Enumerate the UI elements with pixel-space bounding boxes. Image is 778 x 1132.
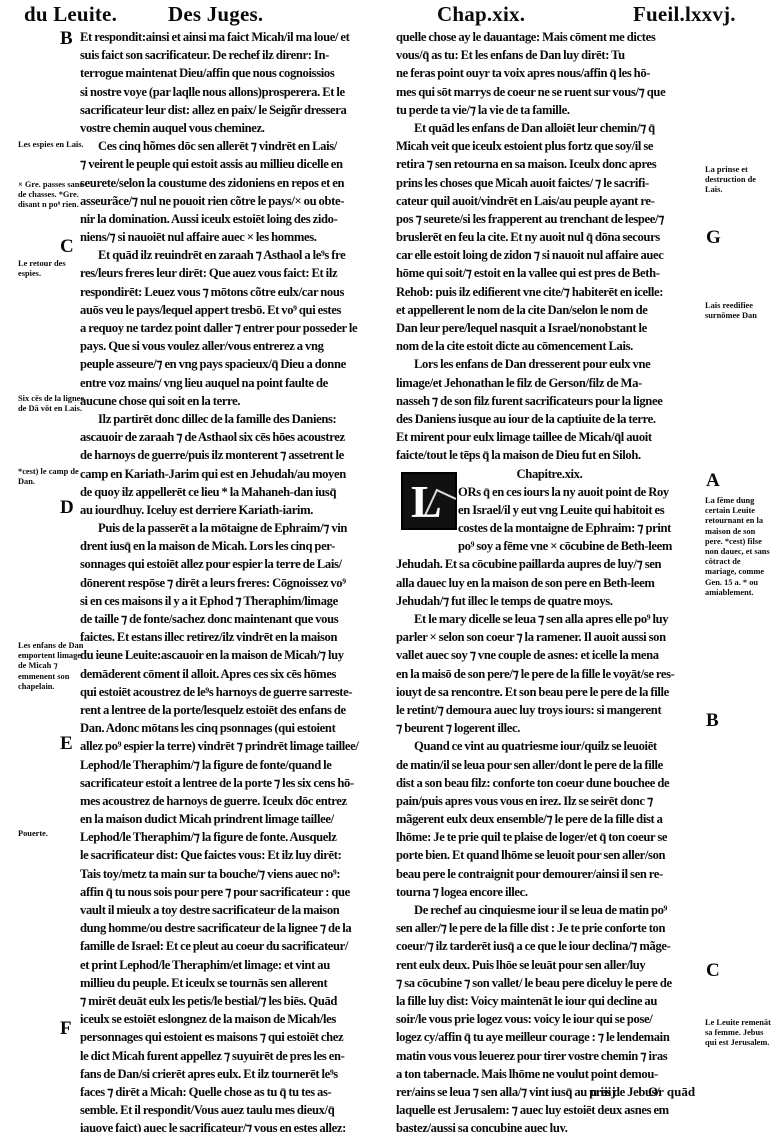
- text-line: le sacrificateur dist: Que faictes vous:…: [80, 846, 392, 864]
- text-line: en la maisō de son pere/⁊ le pere de la …: [396, 665, 703, 683]
- text-line: nom de la cite estoit dicte au cōmenceme…: [396, 337, 703, 355]
- margin-note: Le retour des espies.: [18, 259, 86, 279]
- text-line: limage/et Jehonathan le filz de Gerson/f…: [396, 374, 703, 392]
- text-line: alla dauec luy en la maison de son pere …: [396, 574, 703, 592]
- right-text-column: quelle chose ay le dauantage: Mais cōmen…: [396, 28, 703, 1132]
- text-line: soir/le vous prie logez vous: voicy le i…: [396, 1010, 703, 1028]
- text-line: Et quād les enfans de Dan alloiēt leur c…: [396, 119, 703, 137]
- text-line: qui estoiēt acoustrez de le⁹s harnoys de…: [80, 683, 392, 701]
- text-line: en la maison dudict Micah prindrent lima…: [80, 810, 392, 828]
- text-line: Jehudah. Et sa cōcubine paillarda aupres…: [396, 555, 703, 573]
- text-line: dōnerent respōse ⁊ dirēt a leurs freres:…: [80, 574, 392, 592]
- text-line: drent iusq̄ en la maison de Micah. Lors …: [80, 537, 392, 555]
- text-line: bastez/aussi sa concubine auec luy.: [396, 1119, 703, 1132]
- text-line: entre voz mains/ vng lieu auquel na poin…: [80, 374, 392, 392]
- text-line: le dict Micah furent appellez ⁊ suyuirēt…: [80, 1047, 392, 1065]
- text-line: bruslerēt en feu la cite. Et ny auoit nu…: [396, 228, 703, 246]
- text-line: Et mirent pour eulx limage taillee de Mi…: [396, 428, 703, 446]
- margin-note: La prinse et destruction de Lais.: [705, 165, 773, 196]
- text-line: sacrificateur estoit a lentree de la por…: [80, 774, 392, 792]
- margin-note: Pouerte.: [18, 829, 86, 839]
- text-line: millieu du peuple. Et iceulx se tournās …: [80, 974, 392, 992]
- text-line: rent eulx deux. Puis lhōe se leuāt pour …: [396, 956, 703, 974]
- text-line: mes acoustrez de harnoys de guerre. Iceu…: [80, 792, 392, 810]
- text-line: ascauoir de zaraah ⁊ de Asthaol six cēs …: [80, 428, 392, 446]
- text-line: vostre chemin auquel vous cheminez.: [80, 119, 392, 137]
- text-line: porte bien. Et quand lhōme se leuoit pou…: [396, 846, 703, 864]
- text-line: Et le mary dicelle se leua ⁊ sen alla ap…: [396, 610, 703, 628]
- text-line: respondirēt: Leuez vous ⁊ mōtons cõtre e…: [80, 283, 392, 301]
- decorated-initial: L: [401, 472, 457, 530]
- margin-note: Six cēs de la lignee de Dā vōt en Lais.: [18, 394, 86, 414]
- margin-note: Lais reedifiee surnōmee Dan: [705, 301, 773, 321]
- text-line: famille de Israel: Et ce pleut au coeur …: [80, 937, 392, 955]
- text-line: affin q̄ tu nous sois pour pere ⁊ pour s…: [80, 883, 392, 901]
- text-line: de matin/il se leua pour sen aller/dont …: [396, 756, 703, 774]
- text-line: Puis de la passerēt a la mōtaigne de Eph…: [80, 519, 392, 537]
- text-line: Et quād ilz reuindrēt en zaraah ⁊ Asthao…: [80, 246, 392, 264]
- text-line: Ilz partirēt donc dillec de la famille d…: [80, 410, 392, 428]
- text-line: cateur quil auoit/vindrēt en Lais/au peu…: [396, 192, 703, 210]
- text-line: dung homme/ou destre sacrificateur de la…: [80, 919, 392, 937]
- text-line: Quand ce vint au quatriesme iour/quilz s…: [396, 737, 703, 755]
- section-letter: D: [60, 497, 74, 519]
- text-line: nir la domination. Aussi iceulx estoiēt …: [80, 210, 392, 228]
- running-head-left-outer: du Leuite.: [24, 2, 117, 27]
- section-letter: C: [706, 960, 720, 982]
- text-line: ⁊ veirent le peuple qui estoit assis au …: [80, 155, 392, 173]
- text-line: allez po⁹ espier la terre) vindrēt ⁊ pri…: [80, 737, 392, 755]
- text-line: pays. Que si vous voulez aller/vous entr…: [80, 337, 392, 355]
- text-line: niens/⁊ si nauoiēt nul affaire auec × le…: [80, 228, 392, 246]
- text-line: au iourdhuy. Iceluy est derriere Kariath…: [80, 501, 392, 519]
- text-line: lhōme: Je te prie quil te plaise de loge…: [396, 828, 703, 846]
- text-line: Lephod/le Theraphim/⁊ la figure de fonte…: [80, 828, 392, 846]
- margin-note: Le Leuite remenāt sa femme. Jebus qui es…: [705, 1018, 773, 1049]
- margin-note: La fēme dung certain Leuite retournant e…: [705, 496, 773, 598]
- margin-note: *cest) le camp de Dan.: [18, 467, 86, 487]
- text-line: retira ⁊ sen retourna en sa maison. Iceu…: [396, 155, 703, 173]
- text-line: iauoye faict) auec le sacrificateur/⁊ vo…: [80, 1119, 392, 1132]
- section-letter: C: [60, 236, 74, 258]
- text-line: et print Lephod/le Theraphim/et limage: …: [80, 956, 392, 974]
- text-line: logez cy/affin q̄ tu aye meilleur courag…: [396, 1028, 703, 1046]
- text-line: la fille luy dist: Voicy maintenāt le io…: [396, 992, 703, 1010]
- section-letter: B: [60, 28, 73, 50]
- text-line: pos ⁊ seurete/si les frapperent au trenc…: [396, 210, 703, 228]
- text-line: semble. Et il respondit/Vous auez taulu …: [80, 1101, 392, 1119]
- text-line: sacrificateur leur dist: allez en paix/ …: [80, 101, 392, 119]
- text-line: laquelle est Jerusalem: ⁊ auec luy estoi…: [396, 1101, 703, 1119]
- section-letter: F: [60, 1018, 72, 1040]
- text-line: nasseh ⁊ de son filz furent sacrificateu…: [396, 392, 703, 410]
- section-letter: G: [706, 227, 721, 249]
- text-line: de taille ⁊ de fonte/sachez donc mainten…: [80, 610, 392, 628]
- text-line: sen aller/⁊ le pere de la fille dist : J…: [396, 919, 703, 937]
- text-line: si nostre voye (par laqlle nous allons)p…: [80, 83, 392, 101]
- text-line: et appellerent le nom de la cite Dan/sel…: [396, 301, 703, 319]
- text-line: du ieune Leuite:ascauoir en la maison de…: [80, 646, 392, 664]
- text-line: aucune chose qui soit en la terre.: [80, 392, 392, 410]
- margin-note: × Gre. passes sans de chasses. *Gre. dis…: [18, 180, 86, 211]
- section-letter: B: [706, 710, 719, 732]
- text-line: faces ⁊ dirēt a Micah: Quelle chose as t…: [80, 1083, 392, 1101]
- running-head-left-inner: Des Juges.: [168, 2, 263, 27]
- text-line: tu perde ta vie/⁊ la vie de ta famille.: [396, 101, 703, 119]
- signature-mark: n iiij: [590, 1084, 616, 1100]
- text-line: terrogue maintenat Dieu/affin que nous c…: [80, 64, 392, 82]
- text-line: camp en Kariath-Jarim qui est en Jehudah…: [80, 465, 392, 483]
- text-line: fans de Dan/si crierēt apres eulx. Et il…: [80, 1065, 392, 1083]
- text-line: Lephod/le Theraphim/⁊ la figure de fonte…: [80, 756, 392, 774]
- book-page: du Leuite. Des Juges. Chap.xix. Fueil.lx…: [0, 0, 778, 1132]
- text-line: Et respondit:ainsi et ainsi ma faict Mic…: [80, 28, 392, 46]
- text-line: ⁊ sa cōcubine ⁊ son vallet/ le beau pere…: [396, 974, 703, 992]
- text-line: Tais toy/metz ta main sur ta bouche/⁊ vi…: [80, 865, 392, 883]
- text-line: tourna ⁊ logea encore illec.: [396, 883, 703, 901]
- text-line: iouyt de sa rencontre. Et son beau pere …: [396, 683, 703, 701]
- text-line: prins les choses que Micah auoit faictes…: [396, 174, 703, 192]
- text-line: mãgerent eulx deux ensemble/⁊ le pere de…: [396, 810, 703, 828]
- text-line: sonnages qui estoiēt allez pour espier l…: [80, 555, 392, 573]
- text-line: Ces cinq hõmes dōc sen allerēt ⁊ vindrēt…: [80, 137, 392, 155]
- text-line: res/leurs freres leur dirēt: Que auez vo…: [80, 264, 392, 282]
- text-line: de quoy ilz appellerēt ce lieu * la Maha…: [80, 483, 392, 501]
- text-line: matin vous vous leuerez pour tirer vostr…: [396, 1047, 703, 1065]
- running-head-chapter: Chap.xix.: [437, 2, 525, 27]
- text-line: suis faict son sacrificateur. De rechef …: [80, 46, 392, 64]
- text-line: iceulx se estoiēt eslongnez de la maison…: [80, 1010, 392, 1028]
- text-line: ⁊ mirēt deuāt eulx les petis/le bestial/…: [80, 992, 392, 1010]
- text-line: ⁊ beurent ⁊ logerent illec.: [396, 719, 703, 737]
- text-line: le retint/⁊ demoura auec luy troys iours…: [396, 701, 703, 719]
- text-line: hōme qui soit/⁊ estoit en la vallee qui …: [396, 264, 703, 282]
- text-line: auōs veu le pays/lequel appert tresbō. E…: [80, 301, 392, 319]
- section-letter: A: [706, 470, 720, 492]
- text-line: po⁹ soy a fēme vne × cōcubine de Beth-le…: [396, 537, 703, 555]
- catchword: Or quād: [648, 1084, 695, 1100]
- text-line: Dan. Adonc mōtans les cinq psonnages (qu…: [80, 719, 392, 737]
- text-line: rent a lentree de la porte/lesquelz esto…: [80, 701, 392, 719]
- text-line: vallet auec soy ⁊ vne couple de asnes: e…: [396, 646, 703, 664]
- text-line: Rehob: puis ilz edifierent vne cite/⁊ ha…: [396, 283, 703, 301]
- text-line: a ton tabernacle. Mais lhōme ne voulut p…: [396, 1065, 703, 1083]
- text-line: quelle chose ay le dauantage: Mais cōmen…: [396, 28, 703, 46]
- text-line: a requoy ne tardez point daller ⁊ entrer…: [80, 319, 392, 337]
- running-head-folio: Fueil.lxxvj.: [633, 2, 736, 27]
- margin-note: Les espies en Lais.: [18, 140, 86, 150]
- text-line: des Daniens iusque au iour de la captiui…: [396, 410, 703, 428]
- text-line: si en ces maisons il y a it Ephod ⁊ Ther…: [80, 592, 392, 610]
- text-line: coeur/⁊ ilz tarderēt iusq̄ a ce que le i…: [396, 937, 703, 955]
- text-line: faictes. Et estans illec retirez/ilz vin…: [80, 628, 392, 646]
- text-line: Jehudah/⁊ fut illec le temps de quatre m…: [396, 592, 703, 610]
- text-line: de harnoys de guerre/puis ilz monterent …: [80, 446, 392, 464]
- text-line: beau pere le contraignit pour demourer/a…: [396, 865, 703, 883]
- text-line: Lors les enfans de Dan dresserent pour e…: [396, 355, 703, 373]
- text-line: parler × selon son coeur ⁊ la ramener. I…: [396, 628, 703, 646]
- text-line: car elle estoit loing de zidon ⁊ si nauo…: [396, 246, 703, 264]
- text-line: seurete/selon la coustume des zidoniens …: [80, 174, 392, 192]
- text-line: mes qui sōt marrys de coeur ne se ruent …: [396, 83, 703, 101]
- left-text-column: Et respondit:ainsi et ainsi ma faict Mic…: [80, 28, 392, 1132]
- text-line: Micah veit que iceulx estoient plus fort…: [396, 137, 703, 155]
- text-line: peuple asseure/⁊ en vng pays spacieux/q̄…: [80, 355, 392, 373]
- text-line: pain/puis apres vous vous en irez. Ilz s…: [396, 792, 703, 810]
- margin-note: Les enfans de Dan emportent limage de Mi…: [18, 641, 86, 692]
- text-line: personnages qui estoient es maisons ⁊ qu…: [80, 1028, 392, 1046]
- text-line: ne feras point ouyr ta voix apres nous/a…: [396, 64, 703, 82]
- text-line: asseurãce/⁊ nul ne pouoit rien cõtre le …: [80, 192, 392, 210]
- text-line: Dan leur pere/lequel nasquit a Israel/no…: [396, 319, 703, 337]
- text-line: demāderent cōment il alloit. Apres ces s…: [80, 665, 392, 683]
- text-line: dist a son beau filz: conforte ton coeur…: [396, 774, 703, 792]
- text-line: vous/q̄ as tu: Et les enfans de Dan luy …: [396, 46, 703, 64]
- section-letter: E: [60, 733, 73, 755]
- text-line: De rechef au cinquiesme iour il se leua …: [396, 901, 703, 919]
- text-line: vault il mieulx a toy destre sacrificate…: [80, 901, 392, 919]
- text-line: faicte/tout le tēps q̄ la maison de Dieu…: [396, 446, 703, 464]
